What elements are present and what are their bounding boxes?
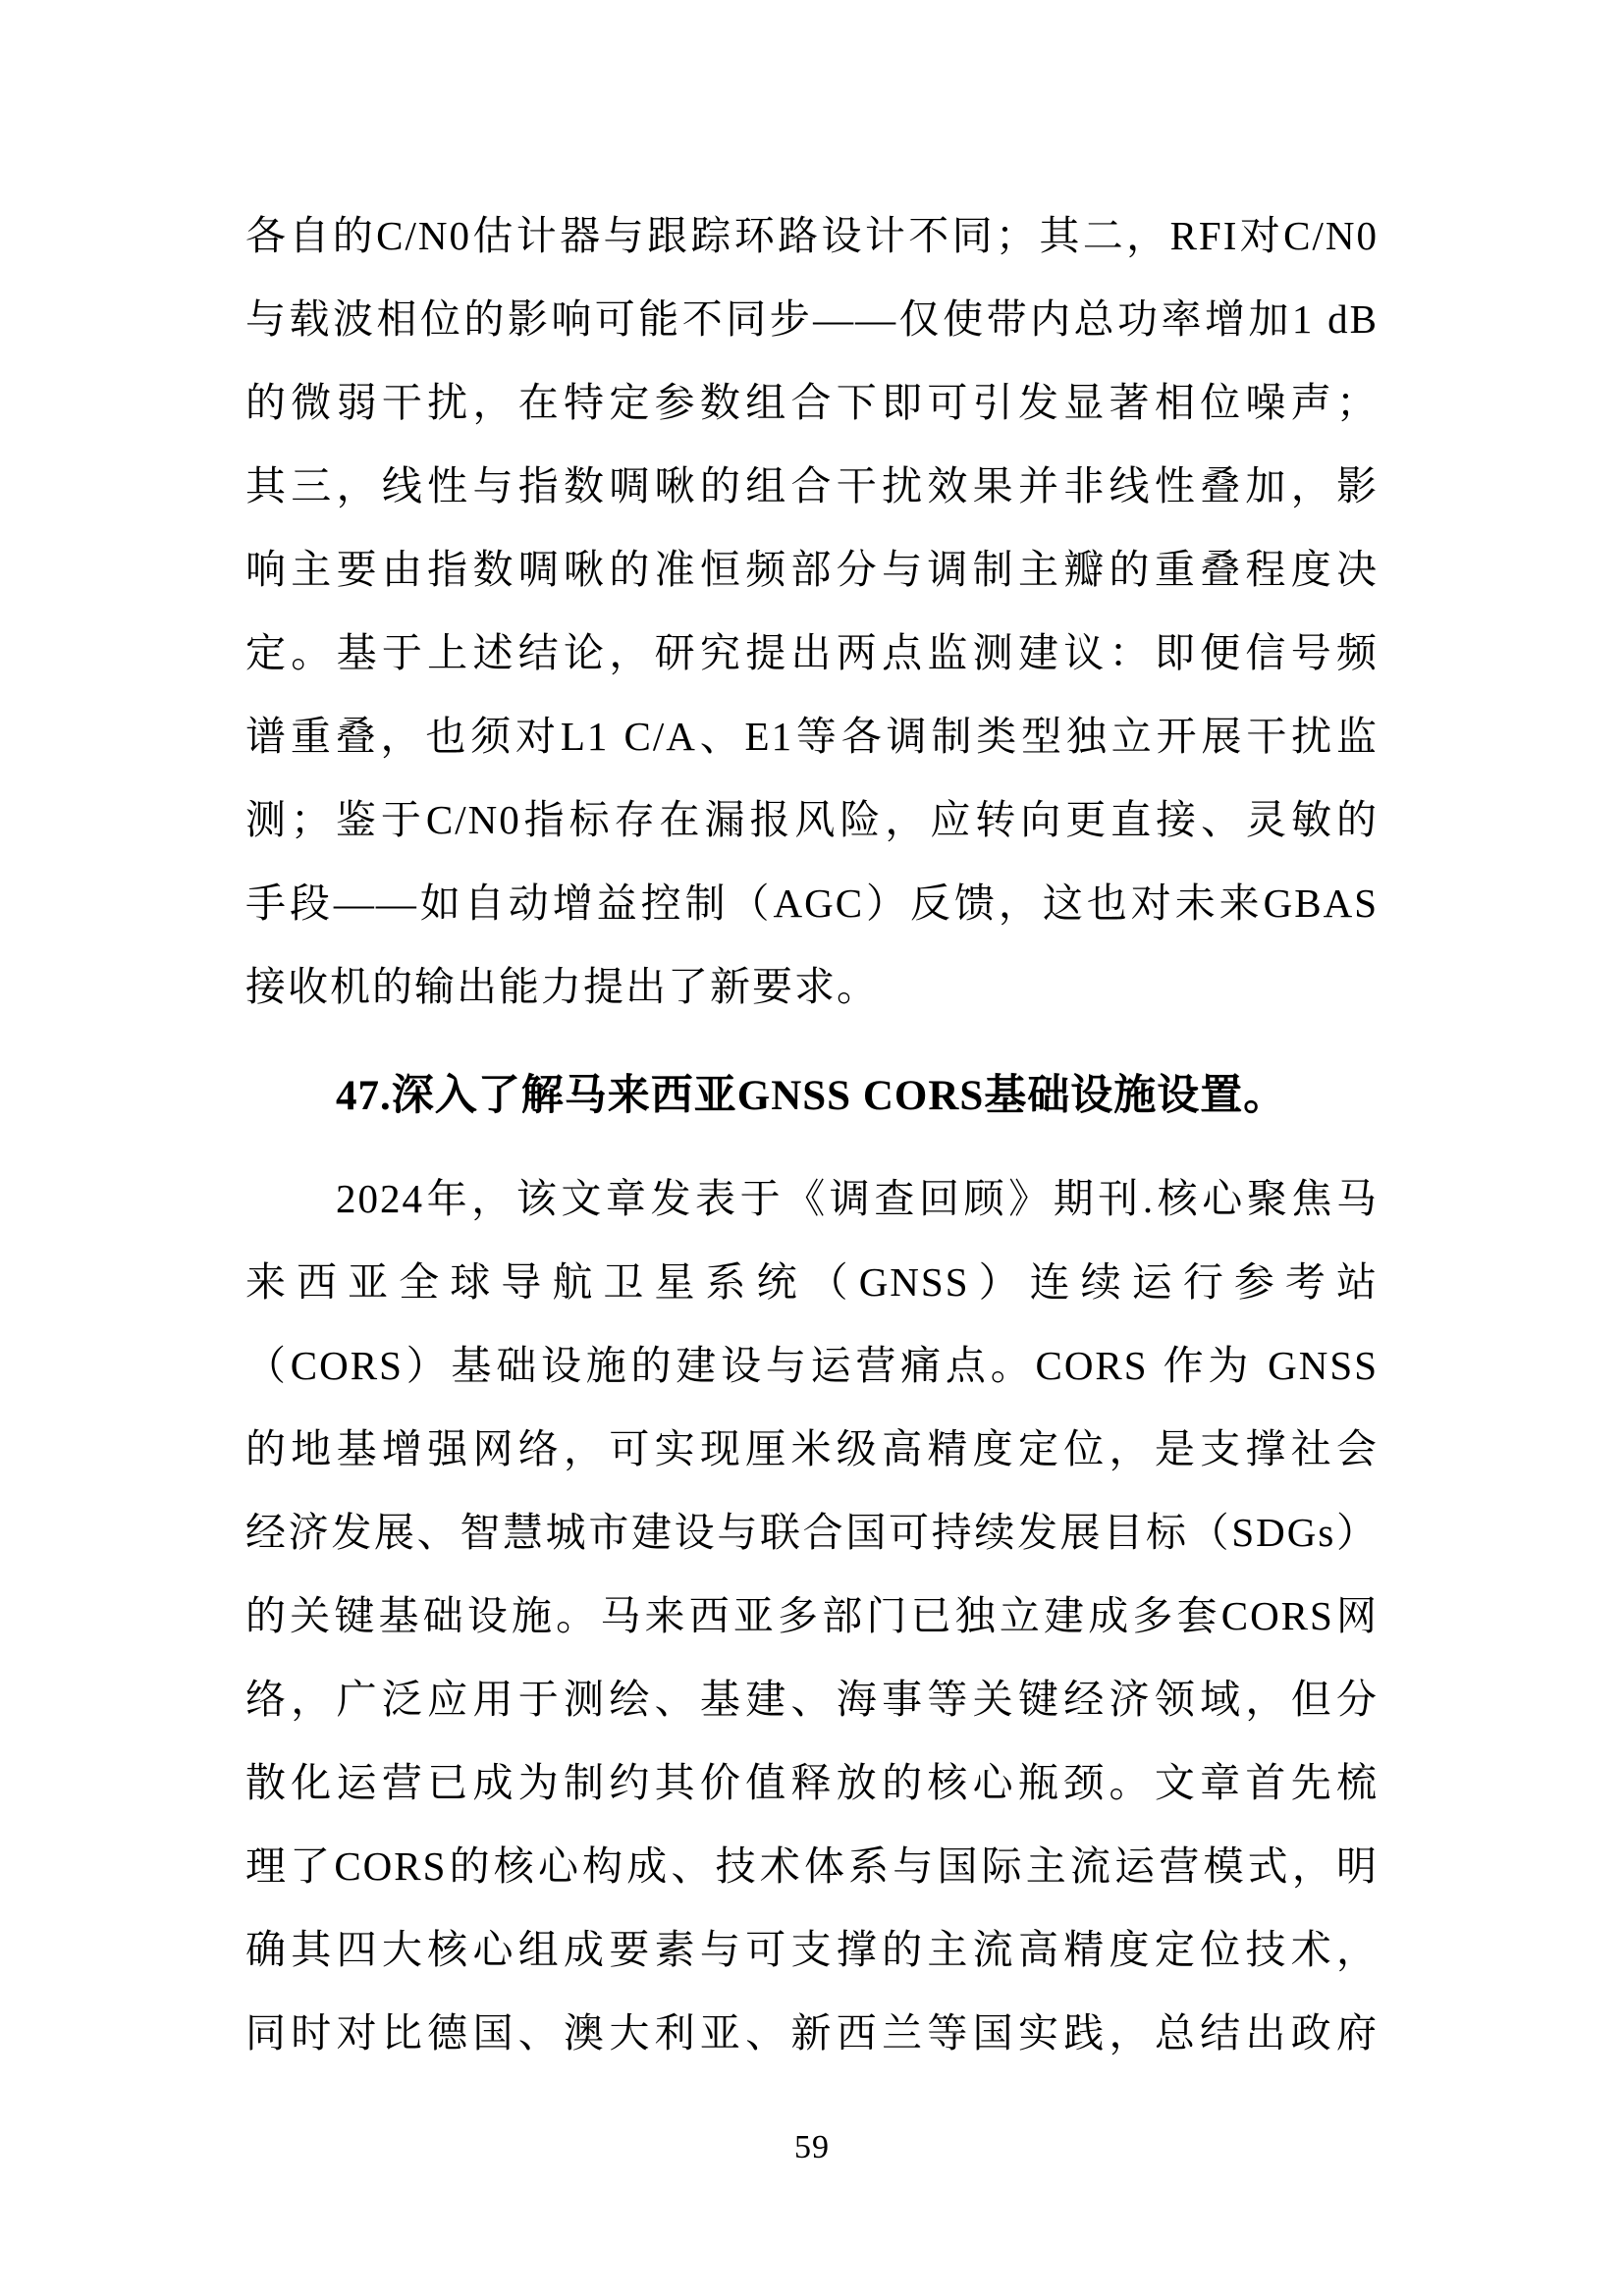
body-line: 来西亚全球导航卫星系统（GNSS）连续运行参考站 bbox=[245, 1241, 1379, 1324]
body-line: 的地基增强网络，可实现厘米级高精度定位，是支撑社会 bbox=[245, 1408, 1379, 1491]
body-line: 的关键基础设施。马来西亚多部门已独立建成多套CORS网 bbox=[245, 1575, 1379, 1658]
body-line: 接收机的输出能力提出了新要求。 bbox=[245, 945, 1379, 1029]
body-line: 各自的C/N0估计器与跟踪环路设计不同；其二，RFI对C/N0 bbox=[245, 194, 1379, 278]
document-page: 各自的C/N0估计器与跟踪环路设计不同；其二，RFI对C/N0 与载波相位的影响… bbox=[0, 0, 1624, 2296]
body-line: 理了CORS的核心构成、技术体系与国际主流运营模式，明 bbox=[245, 1825, 1379, 1908]
page-number: 59 bbox=[0, 2128, 1624, 2167]
body-line: 其三，线性与指数啁啾的组合干扰效果并非线性叠加，影 bbox=[245, 445, 1379, 528]
body-line: 定。基于上述结论，研究提出两点监测建议：即便信号频 bbox=[245, 612, 1379, 695]
body-line: 谱重叠，也须对L1 C/A、E1等各调制类型独立开展干扰监 bbox=[245, 695, 1379, 778]
body-line: 络，广泛应用于测绘、基建、海事等关键经济领域，但分 bbox=[245, 1658, 1379, 1741]
body-line: 的微弱干扰，在特定参数组合下即可引发显著相位噪声； bbox=[245, 361, 1379, 445]
body-line: 与载波相位的影响可能不同步——仅使带内总功率增加1 dB bbox=[245, 278, 1379, 361]
body-line: 散化运营已成为制约其价值释放的核心瓶颈。文章首先梳 bbox=[245, 1741, 1379, 1825]
body-line: 响主要由指数啁啾的准恒频部分与调制主瓣的重叠程度决 bbox=[245, 528, 1379, 612]
section-heading: 47.深入了解马来西亚GNSS CORS基础设施设置。 bbox=[245, 1054, 1379, 1138]
page-body: 各自的C/N0估计器与跟踪环路设计不同；其二，RFI对C/N0 与载波相位的影响… bbox=[245, 194, 1379, 2075]
body-line: 手段——如自动增益控制（AGC）反馈，这也对未来GBAS bbox=[245, 862, 1379, 945]
body-line: （CORS）基础设施的建设与运营痛点。CORS 作为 GNSS bbox=[245, 1324, 1379, 1408]
body-line: 同时对比德国、澳大利亚、新西兰等国实践，总结出政府 bbox=[245, 1992, 1379, 2075]
body-line: 2024年，该文章发表于《调查回顾》期刊.核心聚焦马 bbox=[245, 1157, 1379, 1241]
body-line: 测；鉴于C/N0指标存在漏报风险，应转向更直接、灵敏的 bbox=[245, 778, 1379, 862]
body-line: 确其四大核心组成要素与可支撑的主流高精度定位技术， bbox=[245, 1908, 1379, 1992]
body-line: 经济发展、智慧城市建设与联合国可持续发展目标（SDGs） bbox=[245, 1491, 1379, 1575]
